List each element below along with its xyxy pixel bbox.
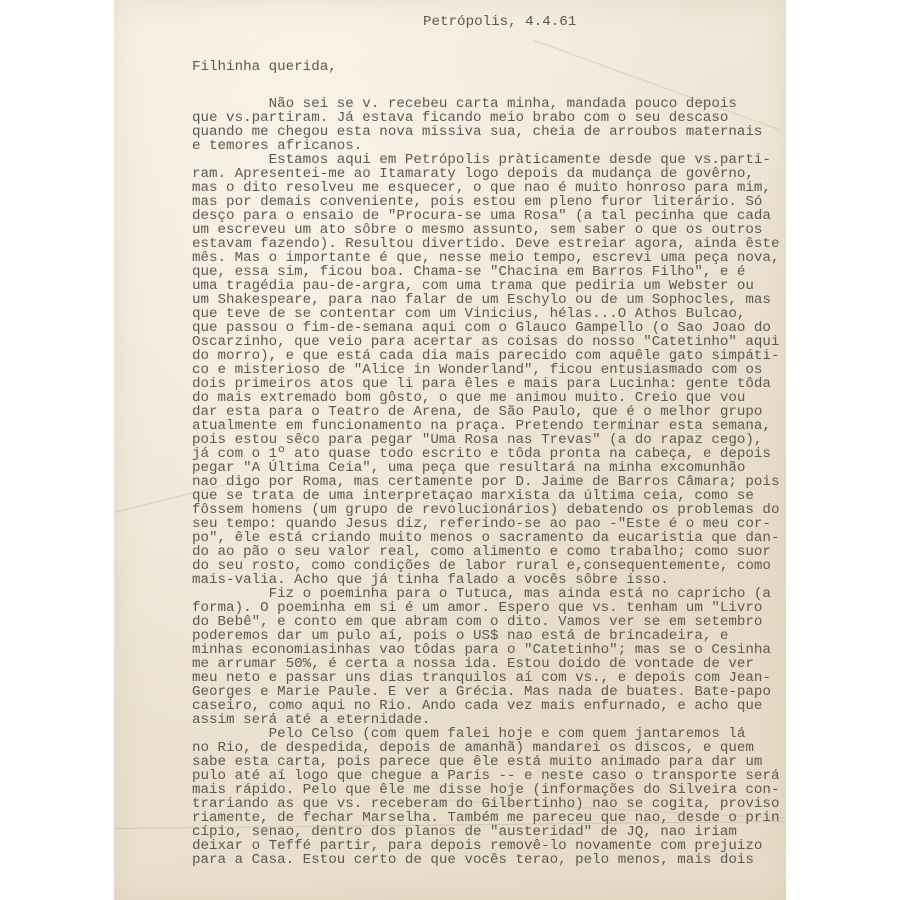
letter-line: do seu rosto, como condições de labor ru… xyxy=(192,559,779,573)
letter-line: seu tempo: quando Jesus diz, referindo-s… xyxy=(192,517,779,531)
letter-line: pois estou sêco para pegar "Uma Rosa nas… xyxy=(192,433,779,447)
letter-line: do mais extremado bom gôsto, o que me an… xyxy=(192,391,779,405)
letter-line: um Shakespeare, para nao falar de um Esc… xyxy=(192,293,779,307)
letter-body: Não sei se v. recebeu carta minha, manda… xyxy=(192,97,779,867)
letter-line: que vs.partiram. Já estava ficando meio … xyxy=(192,111,779,125)
letter-line: dois primeiros atos que li para êles e m… xyxy=(192,377,779,391)
letter-line: já com o 1º ato quase todo escrito e tôd… xyxy=(192,447,779,461)
letter-line: e temores africanos. xyxy=(192,139,779,153)
letter-line: nao digo por Roma, mas certamente por D.… xyxy=(192,475,779,489)
letter-line: Não sei se v. recebeu carta minha, manda… xyxy=(192,97,779,111)
letter-line: fôssem homens (um grupo de revolucionári… xyxy=(192,503,779,517)
letter-line: pegar "A Última Ceia", uma peça que resu… xyxy=(192,461,779,475)
letter-line: Pelo Celso (com quem falei hoje e com qu… xyxy=(192,727,779,741)
letter-line: que se trata de uma interpretaçao marxis… xyxy=(192,489,779,503)
letter-line: po", êle está criando muito menos o sacr… xyxy=(192,531,779,545)
letter-line: mais-valia. Acho que já tinha falado a v… xyxy=(192,573,779,587)
letter-line: dar esta para o Teatro de Arena, de São … xyxy=(192,405,779,419)
letter-line: assim será até a eternidade. xyxy=(192,713,779,727)
letter-line: trariando as que vs. receberam do Gilber… xyxy=(192,797,779,811)
letter-line: Oscarzinho, que veio para acertar as coi… xyxy=(192,335,779,349)
letter-line: um escreveu um ato sôbre o mesmo assunto… xyxy=(192,223,779,237)
letter-line: caseiro, como aqui no Rio. Ando cada vez… xyxy=(192,699,779,713)
letter-line: deixar o Teffé partir, para depois remov… xyxy=(192,839,779,853)
letter-line: pulo até aí logo que chegue a Paris -- e… xyxy=(192,769,779,783)
letter-line: quando me chegou esta nova missiva sua, … xyxy=(192,125,779,139)
letter-line: Georges e Marie Paule. E ver a Grécia. M… xyxy=(192,685,779,699)
letter-line: co e misterioso de "Alice in Wonderland"… xyxy=(192,363,779,377)
letter-line: mais rápido. Pelo que êle me disse hoje … xyxy=(192,783,779,797)
letter-line: do Bebê", e conto em que abram com o dit… xyxy=(192,615,779,629)
letter-line: poderemos dar um pulo aí, pois o US$ nao… xyxy=(192,629,779,643)
letter-line: cípio, senao, dentro dos planos de "aust… xyxy=(192,825,779,839)
letter-line: uma tragédia pau-de-argra, com uma trama… xyxy=(192,279,779,293)
letter-line: Estamos aqui em Petrópolis pràticamente … xyxy=(192,153,779,167)
letter-line: sabe esta carta, pois parece que êle est… xyxy=(192,755,779,769)
letter-line: me arrumar 50%, é certa a nossa ida. Est… xyxy=(192,657,779,671)
letter-line: que teve de se contentar com um Vinicius… xyxy=(192,307,779,321)
letter-line: forma). O poeminha em si é um amor. Espe… xyxy=(192,601,779,615)
letter-line: desço para o ensaio de "Procura-se uma R… xyxy=(192,209,779,223)
letter-line: para a Casa. Estou certo de que vocês te… xyxy=(192,853,779,867)
letter-line: do ao pão o seu valor real, como aliment… xyxy=(192,545,779,559)
letter-line: minhas economiasinhas vao tôdas para o "… xyxy=(192,643,779,657)
letter-date: Petrópolis, 4.4.61 xyxy=(423,15,576,29)
letter-line: Fiz o poeminha para o Tutuca, mas ainda … xyxy=(192,587,779,601)
letter-line: mês. Mas o importante é que, nesse meio … xyxy=(192,251,779,265)
letter-line: do morro), e que está cada dia mais pare… xyxy=(192,349,779,363)
letter-greeting: Filhinha querida, xyxy=(192,60,337,74)
letter-line: que passou o fim-de-semana aqui com o Gl… xyxy=(192,321,779,335)
letter-line: mas por demais conveniente, pois estou e… xyxy=(192,195,779,209)
letter-line: atualmente em funcionamento na praça. Pr… xyxy=(192,419,779,433)
letter-line: que, essa sim, ficou boa. Chama-se "Chac… xyxy=(192,265,779,279)
letter-line: ram. Apresentei-me ao Itamaraty logo dep… xyxy=(192,167,779,181)
letter-line: riamente, de fechar Marselha. Também me … xyxy=(192,811,779,825)
letter-line: estavam fazendo). Resultou divertido. De… xyxy=(192,237,779,251)
letter-line: meu neto e passar uns dias tranquilos aí… xyxy=(192,671,779,685)
letter-line: mas o dito resolveu me esquecer, o que n… xyxy=(192,181,779,195)
letter-line: no Rio, de despedida, depois de amanhã) … xyxy=(192,741,779,755)
